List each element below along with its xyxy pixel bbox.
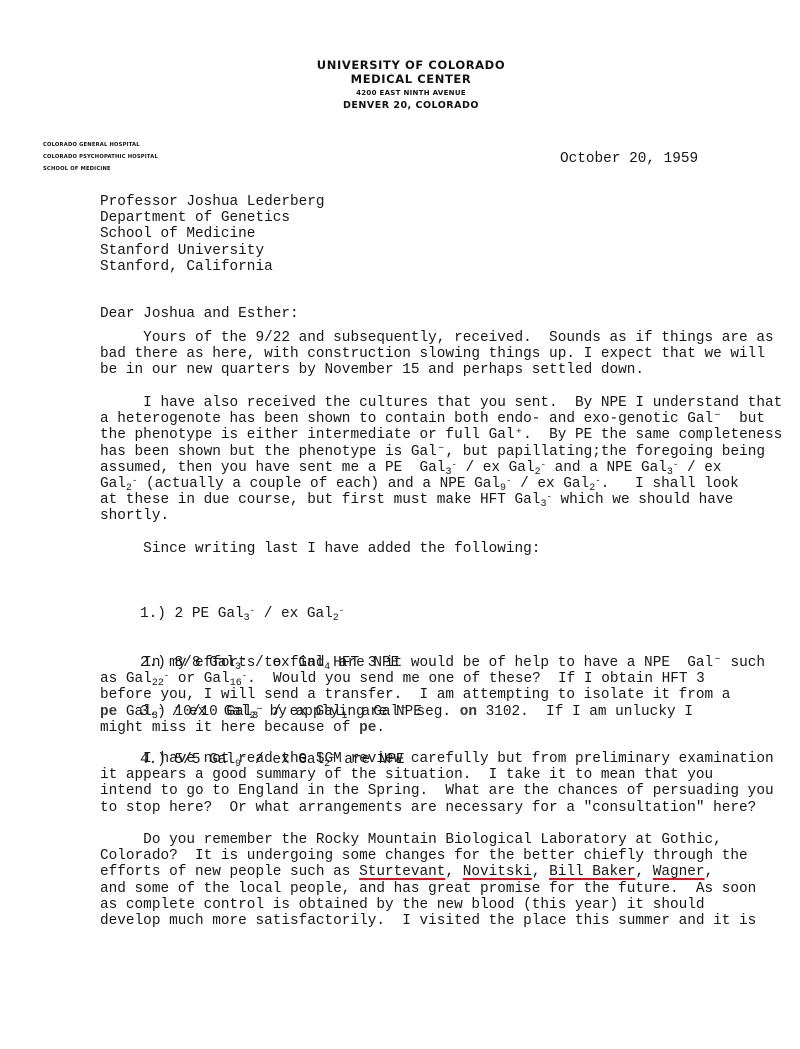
salutation: Dear Joshua and Esther: (100, 306, 299, 322)
separator: , (635, 864, 652, 880)
affiliation-hospital: COLORADO GENERAL HOSPITAL (43, 139, 158, 151)
text-run: by applying Gal⁻ seg. (261, 704, 460, 720)
text-line: the phenotype is either intermediate or … (100, 427, 760, 443)
paragraph-1: Yours of the 9/22 and subsequently, rece… (100, 330, 760, 379)
text-line: In my efforts to find HFT 3 it would be … (100, 655, 760, 671)
text-run: might miss it here because of (100, 720, 359, 736)
text-run: . I shall look (601, 476, 739, 492)
letterhead-institution: UNIVERSITY OF COLORADO (0, 58, 800, 72)
letter-date: October 20, 1959 (560, 151, 698, 167)
text-line: assumed, then you have sent me a PE Gal3… (100, 460, 760, 476)
affiliation-school: SCHOOL OF MEDICINE (43, 163, 158, 175)
text-line: shortly. (100, 508, 760, 524)
text-run: / ex (678, 460, 721, 476)
affiliation-psychopathic: COLORADO PSYCHOPATHIC HOSPITAL (43, 151, 158, 163)
address-line: Stanford, California (100, 259, 325, 275)
text-line: be in our new quarters by November 15 an… (100, 362, 760, 378)
text-line: bad there as here, with construction slo… (100, 346, 760, 362)
affiliations: COLORADO GENERAL HOSPITAL COLORADO PSYCH… (43, 139, 158, 175)
text-line: before you, I will send a transfer. I am… (100, 687, 760, 703)
letterhead-city: DENVER 20, COLORADO (0, 99, 800, 112)
text-line: as Gal22- or Gal16-. Would you send me o… (100, 671, 760, 687)
text-run: 1.) 2 PE Gal (140, 606, 244, 622)
paragraph-4: In my efforts to find HFT 3 it would be … (100, 655, 760, 736)
superscript: - (339, 606, 344, 616)
text-run: or Gal (169, 671, 229, 687)
separator: , (532, 864, 549, 880)
paragraph-6: Do you remember the Rocky Mountain Biolo… (100, 832, 760, 929)
separator: , (705, 864, 714, 880)
separator: , (445, 864, 462, 880)
address-line: Department of Genetics (100, 210, 325, 226)
paragraph-3: Since writing last I have added the foll… (100, 541, 760, 557)
address-line: Stanford University (100, 243, 325, 259)
underlined-name: Wagner (653, 864, 705, 880)
text-run: at these in due course, but first must m… (100, 492, 540, 508)
text-line: at these in due course, but first must m… (100, 492, 760, 508)
list-item: 1.) 2 PE Gal3- / ex Gal2- (140, 606, 422, 622)
text-line: efforts of new people such as Sturtevant… (100, 864, 760, 880)
text-run: and a NPE Gal (546, 460, 667, 476)
text-line: pe Gal3- / ex Gal2- by applying Gal⁻ seg… (100, 704, 760, 720)
recipient-address: Professor Joshua LederbergDepartment of … (100, 194, 325, 275)
text-run: / ex Gal (511, 476, 589, 492)
text-run: / ex Gal (457, 460, 535, 476)
text-line: has been shown but the phenotype is Gal⁻… (100, 444, 760, 460)
text-run: / ex Gal (163, 704, 249, 720)
text-line: I have not read the SGM review carefully… (100, 751, 760, 767)
text-line: Do you remember the Rocky Mountain Biolo… (100, 832, 760, 848)
text-line: might miss it here because of pe. (100, 720, 760, 736)
underlined-name: Novitski (463, 864, 532, 880)
text-line: Yours of the 9/22 and subsequently, rece… (100, 330, 760, 346)
text-run: / ex Gal (255, 606, 333, 622)
letterhead: UNIVERSITY OF COLORADO MEDICAL CENTER 42… (0, 58, 800, 112)
text-run: as Gal (100, 671, 152, 687)
struck-text: pe (359, 720, 376, 736)
paragraph-2: I have also received the cultures that y… (100, 395, 760, 525)
struck-text: pe (100, 704, 117, 720)
address-line: Professor Joshua Lederberg (100, 194, 325, 210)
letterhead-division: MEDICAL CENTER (0, 72, 800, 86)
text-line: to stop here? Or what arrangements are n… (100, 800, 760, 816)
text-run: assumed, then you have sent me a PE Gal (100, 460, 445, 476)
paragraph-5: I have not read the SGM review carefully… (100, 751, 760, 816)
text-run: . (376, 720, 385, 736)
text-run: Gal (117, 704, 152, 720)
address-line: School of Medicine (100, 226, 325, 242)
text-line: I have also received the cultures that y… (100, 395, 760, 411)
underlined-name: Sturtevant (359, 864, 445, 880)
text-line: develop much more satisfactorily. I visi… (100, 913, 760, 929)
text-run: 3102. If I am unlucky I (477, 704, 693, 720)
text-line: and some of the local people, and has gr… (100, 881, 760, 897)
text-run: which we should have (552, 492, 733, 508)
underlined-name: Bill Baker (549, 864, 635, 880)
text-run: (actually a couple of each) and a NPE Ga… (137, 476, 500, 492)
text-line: as complete control is obtained by the n… (100, 897, 760, 913)
letterhead-street: 4200 EAST NINTH AVENUE (0, 87, 800, 99)
text-run: Gal (100, 476, 126, 492)
struck-text: on (460, 704, 477, 720)
text-line: intend to go to England in the Spring. W… (100, 783, 760, 799)
text-line: a heterogenote has been shown to contain… (100, 411, 760, 427)
text-line: Colorado? It is undergoing some changes … (100, 848, 760, 864)
text-line: it appears a good summary of the situati… (100, 767, 760, 783)
text-run: efforts of new people such as (100, 864, 359, 880)
text-line: Gal2- (actually a couple of each) and a … (100, 476, 760, 492)
text-run: . Would you send me one of these? If I o… (247, 671, 705, 687)
